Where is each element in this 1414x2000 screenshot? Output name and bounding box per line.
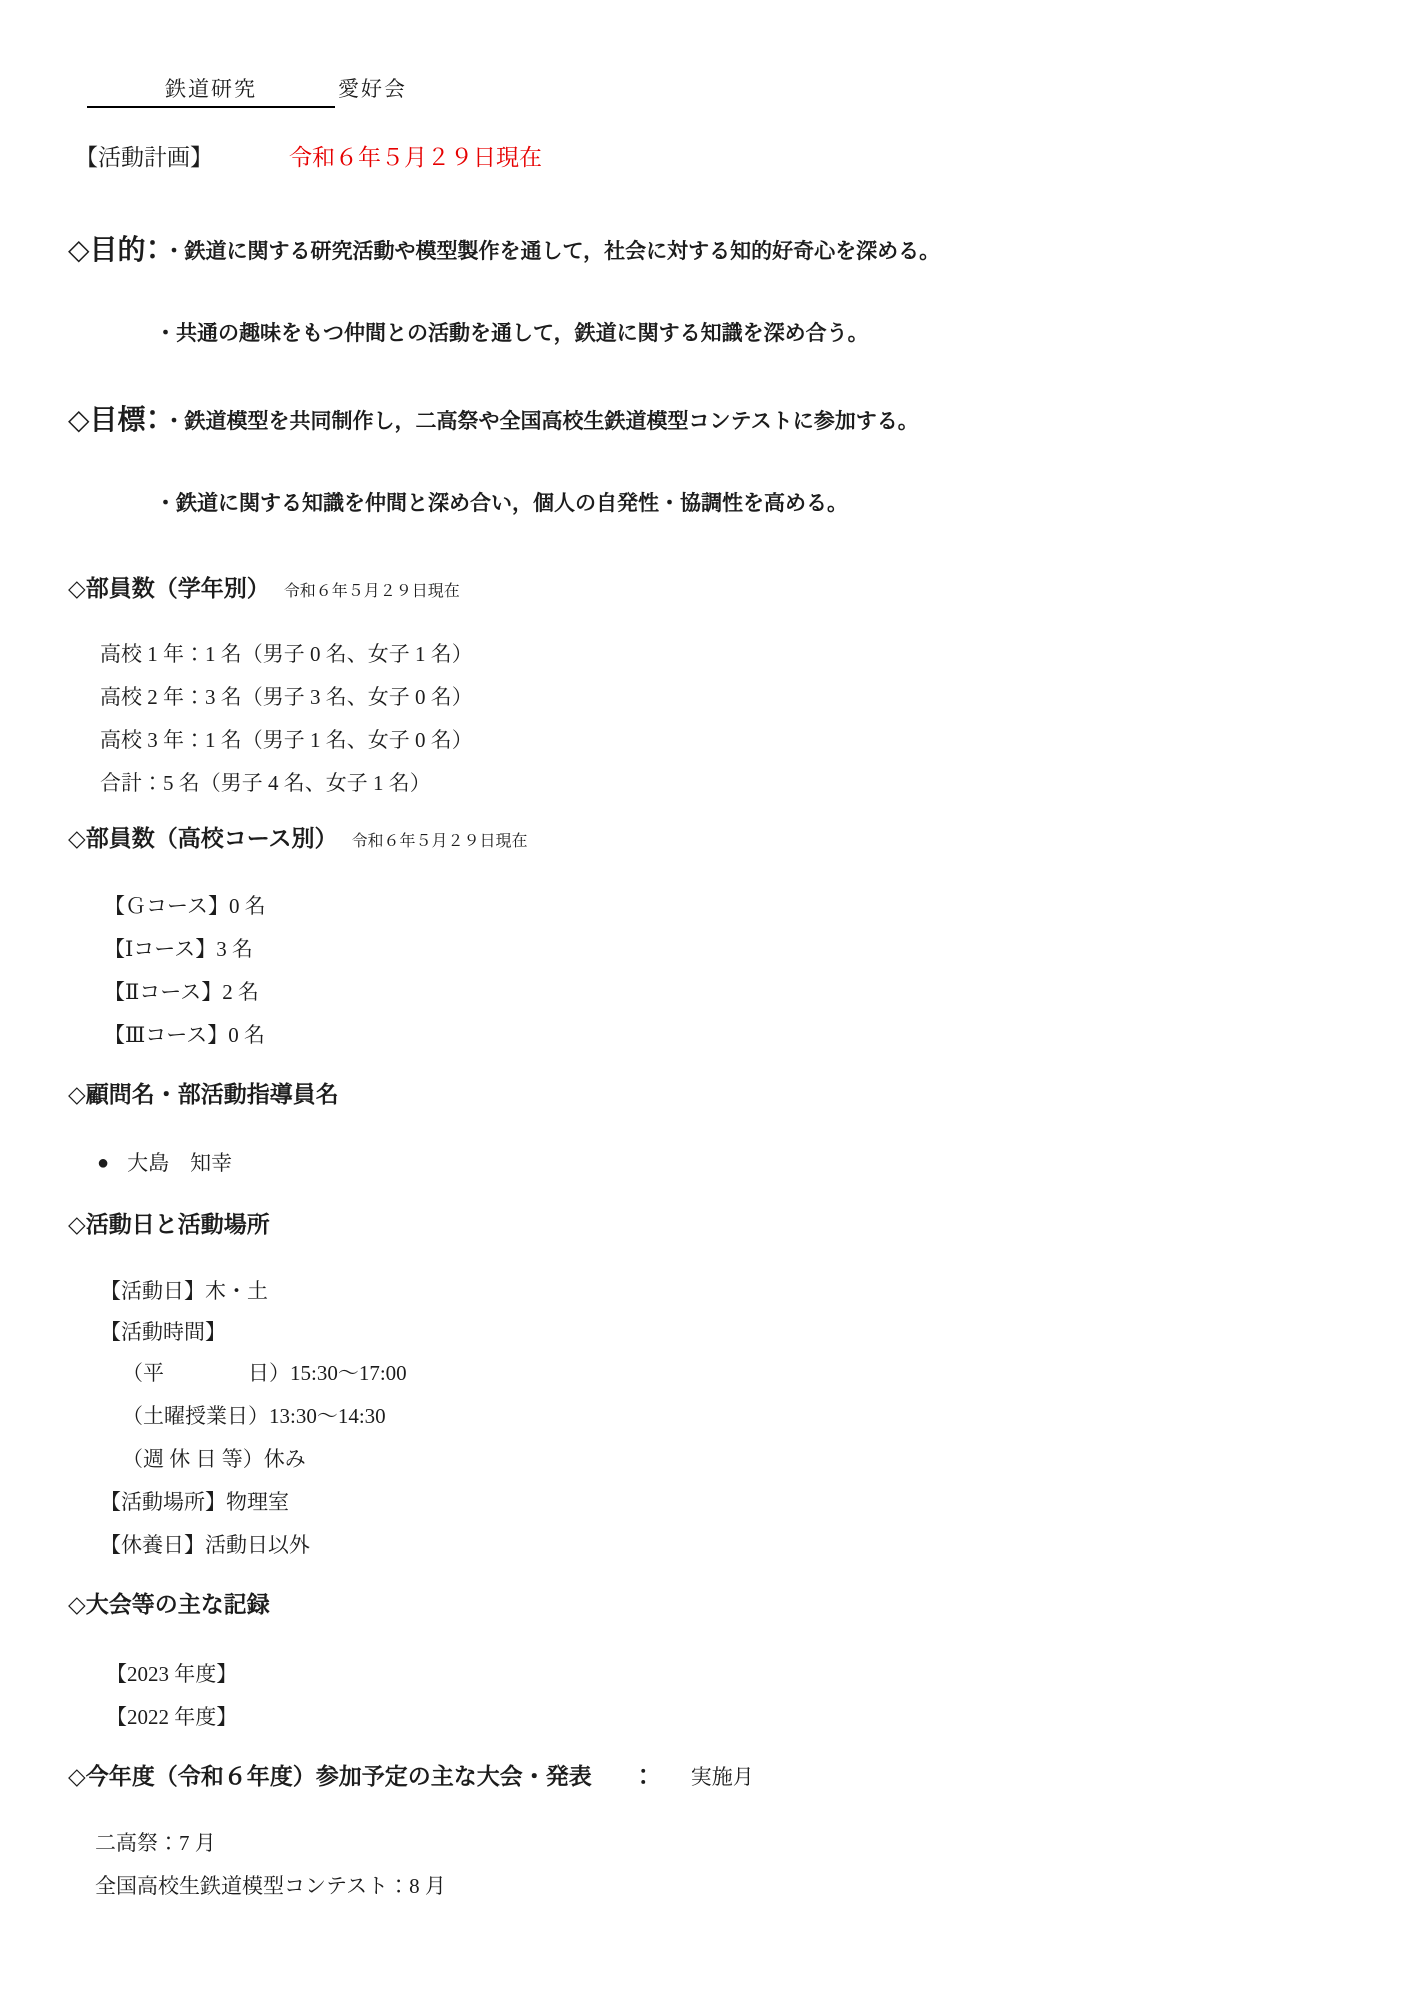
activity-time-weekday: （平 日）15:30～17:00 — [122, 1360, 407, 1387]
purpose-line-1: ◇目的：・鉄道に関する研究活動や模型製作を通して，社会に対する知的好奇心を深める… — [68, 232, 940, 268]
planned-row-contest: 全国高校生鉄道模型コンテスト：8 月 — [95, 1873, 446, 1900]
course-row-3: 【Ⅲコース】0 名 — [104, 1022, 265, 1049]
members-by-grade-heading: ◇部員数（学年別） — [68, 575, 270, 601]
activity-time-holiday: （週 休 日 等）休み — [122, 1446, 306, 1473]
course-row-g: 【Ｇコース】0 名 — [104, 893, 266, 920]
planned-separator: ： — [632, 1763, 655, 1789]
club-title: 鉄道研究愛好会 — [87, 76, 407, 108]
records-heading: ◇大会等の主な記録 — [68, 1590, 270, 1620]
activity-plan-date: 令和６年５月２９日現在 — [289, 145, 542, 170]
club-title-underlined: 鉄道研究 — [87, 76, 335, 108]
planned-heading-line: ◇今年度（令和６年度）参加予定の主な大会・発表：実施月 — [68, 1762, 754, 1792]
filled-circle-bullet-icon: ● — [97, 1152, 109, 1174]
grade-row-1: 高校 1 年：1 名（男子 0 名、女子 1 名） — [100, 641, 473, 668]
members-by-grade-heading-line: ◇部員数（学年別）令和６年５月２９日現在 — [68, 574, 460, 604]
activity-days-row: 【活動日】木・土 — [100, 1278, 268, 1305]
goal-heading: ◇目標： — [68, 404, 160, 435]
members-by-course-heading-line: ◇部員数（高校コース別）令和６年５月２９日現在 — [68, 824, 528, 854]
activity-rest-row: 【休養日】活動日以外 — [100, 1532, 310, 1559]
activity-place-row: 【活動場所】物理室 — [100, 1489, 289, 1516]
advisor-name: 大島 知幸 — [127, 1151, 232, 1175]
record-row-2023: 【2023 年度】 — [106, 1661, 237, 1688]
course-row-1: 【Ⅰコース】3 名 — [104, 936, 253, 963]
grade-row-2: 高校 2 年：3 名（男子 3 名、女子 0 名） — [100, 684, 473, 711]
record-row-2022: 【2022 年度】 — [106, 1704, 237, 1731]
goal-bullet-2: ・鉄道に関する知識を仲間と深め合い，個人の自発性・協調性を高める。 — [155, 490, 848, 517]
advisors-heading: ◇顧問名・部活動指導員名 — [68, 1080, 339, 1110]
planned-row-festival: 二高祭：7 月 — [95, 1830, 216, 1857]
purpose-bullet-1: ・鉄道に関する研究活動や模型製作を通して，社会に対する知的好奇心を深める。 — [164, 240, 941, 263]
planned-heading: ◇今年度（令和６年度）参加予定の主な大会・発表 — [68, 1763, 592, 1789]
course-row-2: 【Ⅱコース】2 名 — [104, 979, 259, 1006]
members-by-grade-date-note: 令和６年５月２９日現在 — [284, 583, 460, 600]
activity-time-head-row: 【活動時間】 — [100, 1319, 226, 1346]
activity-plan-label: 【活動計画】 — [75, 145, 213, 170]
activity-heading: ◇活動日と活動場所 — [68, 1210, 270, 1240]
activity-time-saturday: （土曜授業日）13:30～14:30 — [122, 1403, 386, 1430]
grade-row-3: 高校 3 年：1 名（男子 1 名、女子 0 名） — [100, 727, 473, 754]
goal-bullet-1: ・鉄道模型を共同制作し，二高祭や全国高校生鉄道模型コンテストに参加する。 — [164, 410, 919, 433]
grade-row-total: 合計：5 名（男子 4 名、女子 1 名） — [100, 770, 431, 797]
document-page: 鉄道研究愛好会 【活動計画】令和６年５月２９日現在 ◇目的：・鉄道に関する研究活… — [0, 0, 1414, 2000]
club-title-rest: 愛好会 — [338, 77, 407, 101]
advisor-item: ●大島 知幸 — [97, 1150, 232, 1177]
members-by-course-date-note: 令和６年５月２９日現在 — [352, 833, 528, 850]
activity-plan-line: 【活動計画】令和６年５月２９日現在 — [75, 143, 542, 173]
purpose-bullet-2: ・共通の趣味をもつ仲間との活動を通して，鉄道に関する知識を深め合う。 — [155, 320, 869, 347]
members-by-course-heading: ◇部員数（高校コース別） — [68, 825, 338, 851]
goal-line-1: ◇目標：・鉄道模型を共同制作し，二高祭や全国高校生鉄道模型コンテストに参加する。 — [68, 402, 919, 438]
purpose-heading: ◇目的： — [68, 234, 160, 265]
planned-month-label: 実施月 — [691, 1765, 754, 1789]
